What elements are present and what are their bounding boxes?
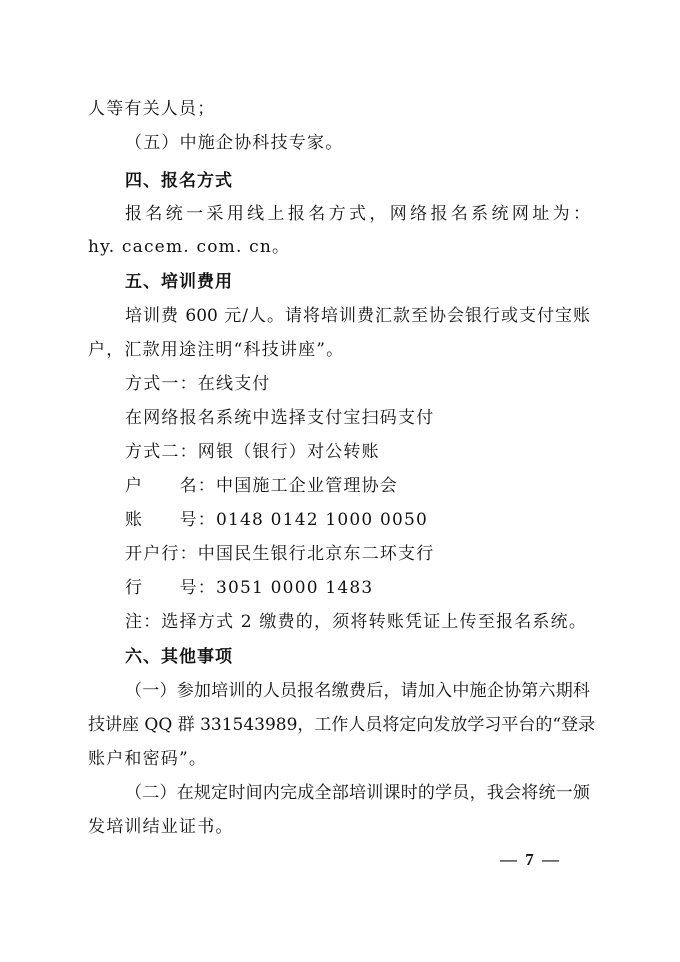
page-number: — 7 — bbox=[500, 850, 561, 870]
paragraph-line: 方式一：在线支付 bbox=[125, 372, 590, 396]
section-heading: 四、报名方式 bbox=[125, 169, 590, 193]
paragraph-line: （二）在规定时间内完成全部培训课时的学员，我会将统一颁 bbox=[125, 781, 590, 805]
paragraph-line: 账 号：0148 0142 1000 0050 bbox=[125, 508, 590, 532]
paragraph-line: 账户和密码”。 bbox=[88, 747, 590, 771]
paragraph-line: 在网络报名系统中选择支付宝扫码支付 bbox=[125, 406, 590, 430]
paragraph-line: hy. cacem. com. cn。 bbox=[88, 235, 590, 259]
section-heading: 五、培训费用 bbox=[125, 270, 590, 294]
paragraph-line: 报名统一采用线上报名方式，网络报名系统网址为： bbox=[125, 202, 590, 226]
paragraph-line: 培训费 600 元/人。请将培训费汇款至协会银行或支付宝账 bbox=[125, 304, 590, 328]
paragraph-line: 发培训结业证书。 bbox=[88, 815, 590, 839]
paragraph-line: 户 名：中国施工企业管理协会 bbox=[125, 474, 590, 498]
section-heading: 六、其他事项 bbox=[125, 645, 590, 669]
paragraph-line: 户，汇款用途注明“科技讲座”。 bbox=[88, 338, 590, 362]
paragraph-line: 技讲座 QQ 群 331543989，工作人员将定向发放学习平台的“登录 bbox=[88, 713, 590, 737]
paragraph-line: 人等有关人员； bbox=[88, 97, 590, 121]
paragraph-line: 方式二：网银（银行）对公转账 bbox=[125, 440, 590, 464]
paragraph-line: 注：选择方式 2 缴费的，须将转账凭证上传至报名系统。 bbox=[125, 610, 590, 634]
paragraph-line: （一）参加培训的人员报名缴费后，请加入中施企协第六期科 bbox=[125, 679, 590, 703]
paragraph-line: （五）中施企协科技专家。 bbox=[125, 131, 590, 155]
paragraph-line: 开户行：中国民生银行北京东二环支行 bbox=[125, 542, 590, 566]
paragraph-line: 行 号：3051 0000 1483 bbox=[125, 576, 590, 600]
document-page: 人等有关人员；（五）中施企协科技专家。四、报名方式报名统一采用线上报名方式，网络… bbox=[0, 0, 680, 962]
